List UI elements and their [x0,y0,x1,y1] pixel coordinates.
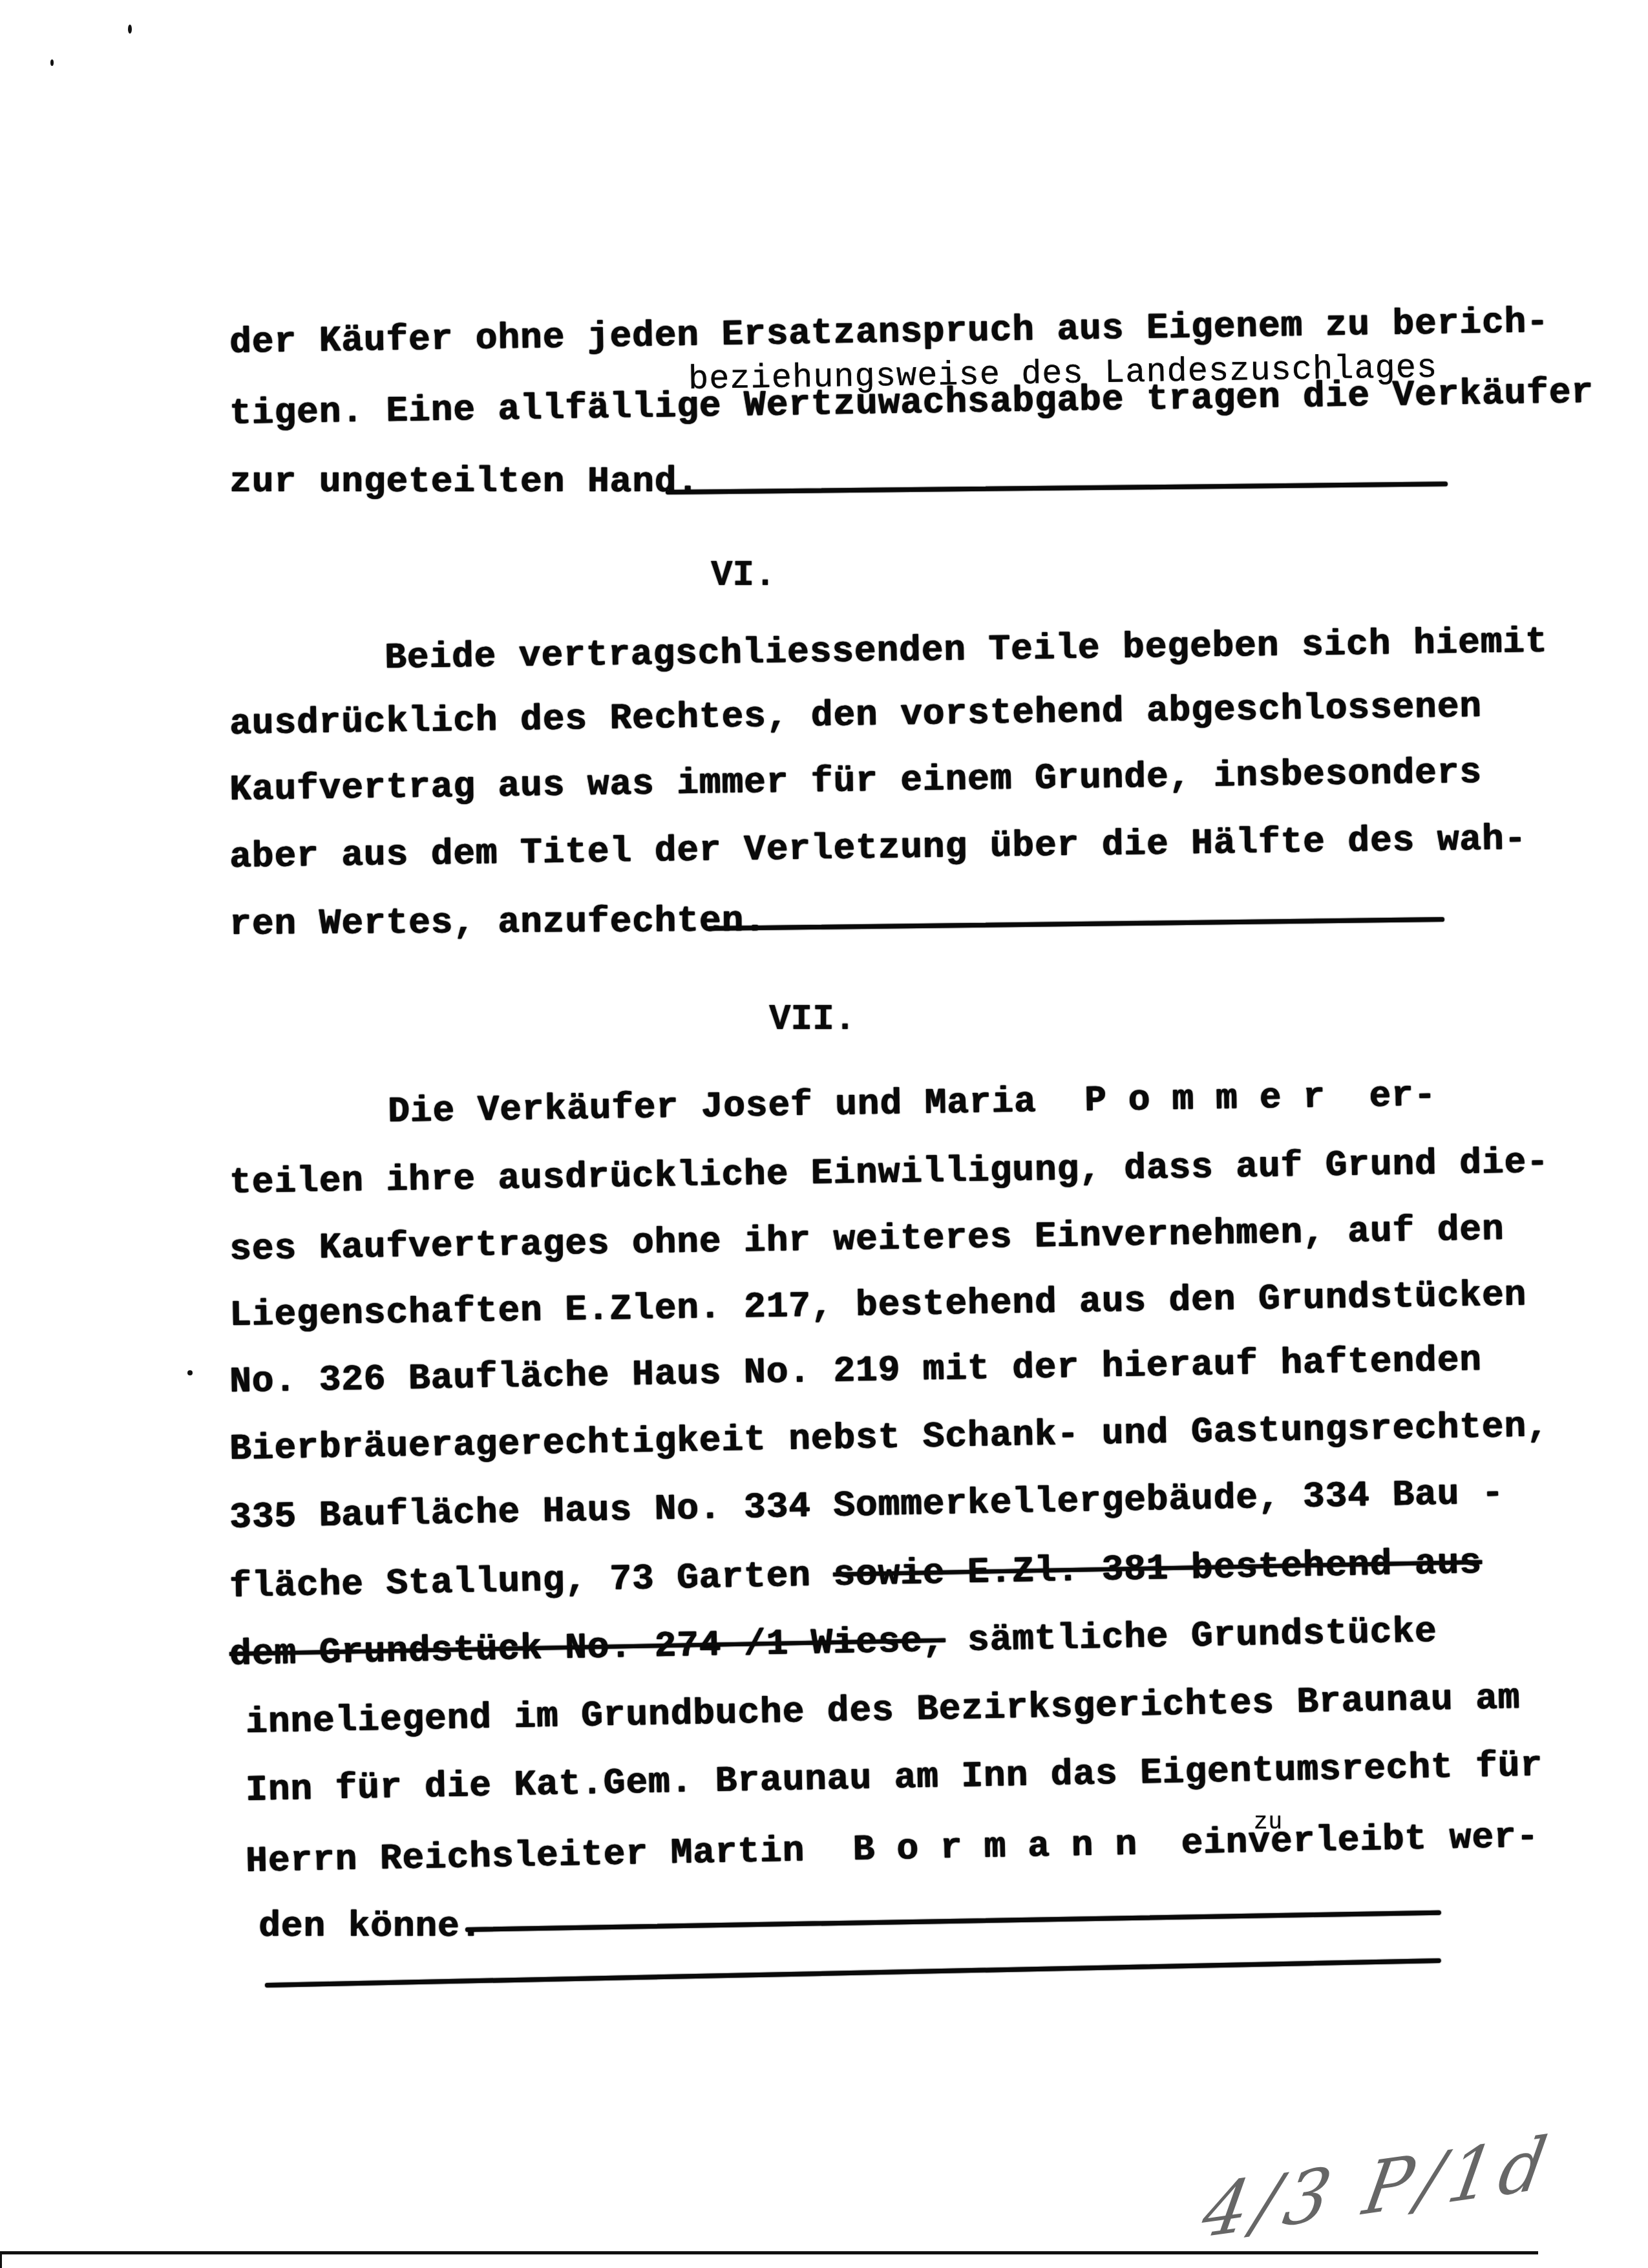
text-line: tigen. Eine allfällige Wertzuwachsabgabe… [229,373,1594,433]
text-line: Kaufvertrag aus was immer für einem Grun… [229,753,1483,809]
seller-surname: Pommer [1084,1076,1347,1121]
text-line: dem Grundstück No. 274 /1 Wiese, sämtlic… [229,1612,1437,1674]
text-line: ren Wertes, anzufechten. [229,901,766,944]
text-line: zur ungeteilten Hand. [229,462,699,501]
text-segment: sämtliche Grundstücke [967,1611,1437,1661]
text-line: Herrn Reichsleiter Martin Bormann einver… [245,1818,1539,1881]
text-line: aber aus dem Titel der Verletzung über d… [229,820,1527,876]
text-line: inneliegend im Grundbuche des Bezirksger… [245,1679,1520,1742]
text-line: Die Verkäufer Josef und Maria Pommer er- [388,1076,1437,1131]
buyer-title-name: Herrn Reichsleiter Martin [245,1830,805,1882]
filler-line [666,482,1448,494]
text-line: teilen ihre ausdrückliche Einwilligung, … [229,1143,1549,1202]
text-segment: einverleibt wer- [1181,1816,1539,1865]
buyer-surname: Bormann [852,1823,1159,1871]
section-heading-vi: VI. [711,555,776,596]
text-line: 335 Baufläche Haus No. 334 Sommerkellerg… [229,1474,1504,1537]
text-line: ses Kaufvertrages ohne ihr weiteres Einv… [229,1210,1505,1269]
scan-speck [50,59,54,66]
filler-line [708,917,1444,931]
text-line: den könne. [259,1907,482,1945]
text-line: Beide vertragschliessenden Teile begeben… [385,622,1548,677]
seller-names: Die Verkäufer Josef und Maria [387,1081,1036,1132]
text-line: Liegenschaften E.Zlen. 217, bestehend au… [229,1275,1527,1335]
filler-line [465,1911,1441,1932]
text-segment: fläche Stallung, 73 Garten [229,1555,811,1607]
scan-speck [187,1370,193,1375]
hyphenated-word: er- [1369,1075,1437,1118]
handwritten-mark: 4/3 P/1d [1196,2120,1559,2254]
page-corner-edge [0,2251,2,2268]
struck-text: dem Grundstück No. 274 /1 Wiese, [229,1620,945,1675]
scan-speck [128,25,132,34]
struck-text: sowie E.Zl. 381 bestehend aus [833,1542,1483,1596]
page-bottom-edge [0,2251,1538,2254]
closing-line [265,1958,1441,1987]
text-line: ausdrücklich des Rechtes, den vorstehend… [229,687,1483,743]
text-line: Inn für die Kat.Gem. Braunau am Inn das … [245,1746,1543,1810]
text-line: No. 326 Baufläche Haus No. 219 mit der h… [229,1341,1482,1401]
document-page: der Käufer ohne jeden Ersatzanspruch aus… [0,0,1648,2268]
text-line: Bierbräueragerechtigkeit nebst Schank- u… [229,1406,1548,1468]
section-heading-vii: VII. [769,999,856,1040]
text-line: fläche Stallung, 73 Garten sowie E.Zl. 3… [229,1543,1482,1606]
